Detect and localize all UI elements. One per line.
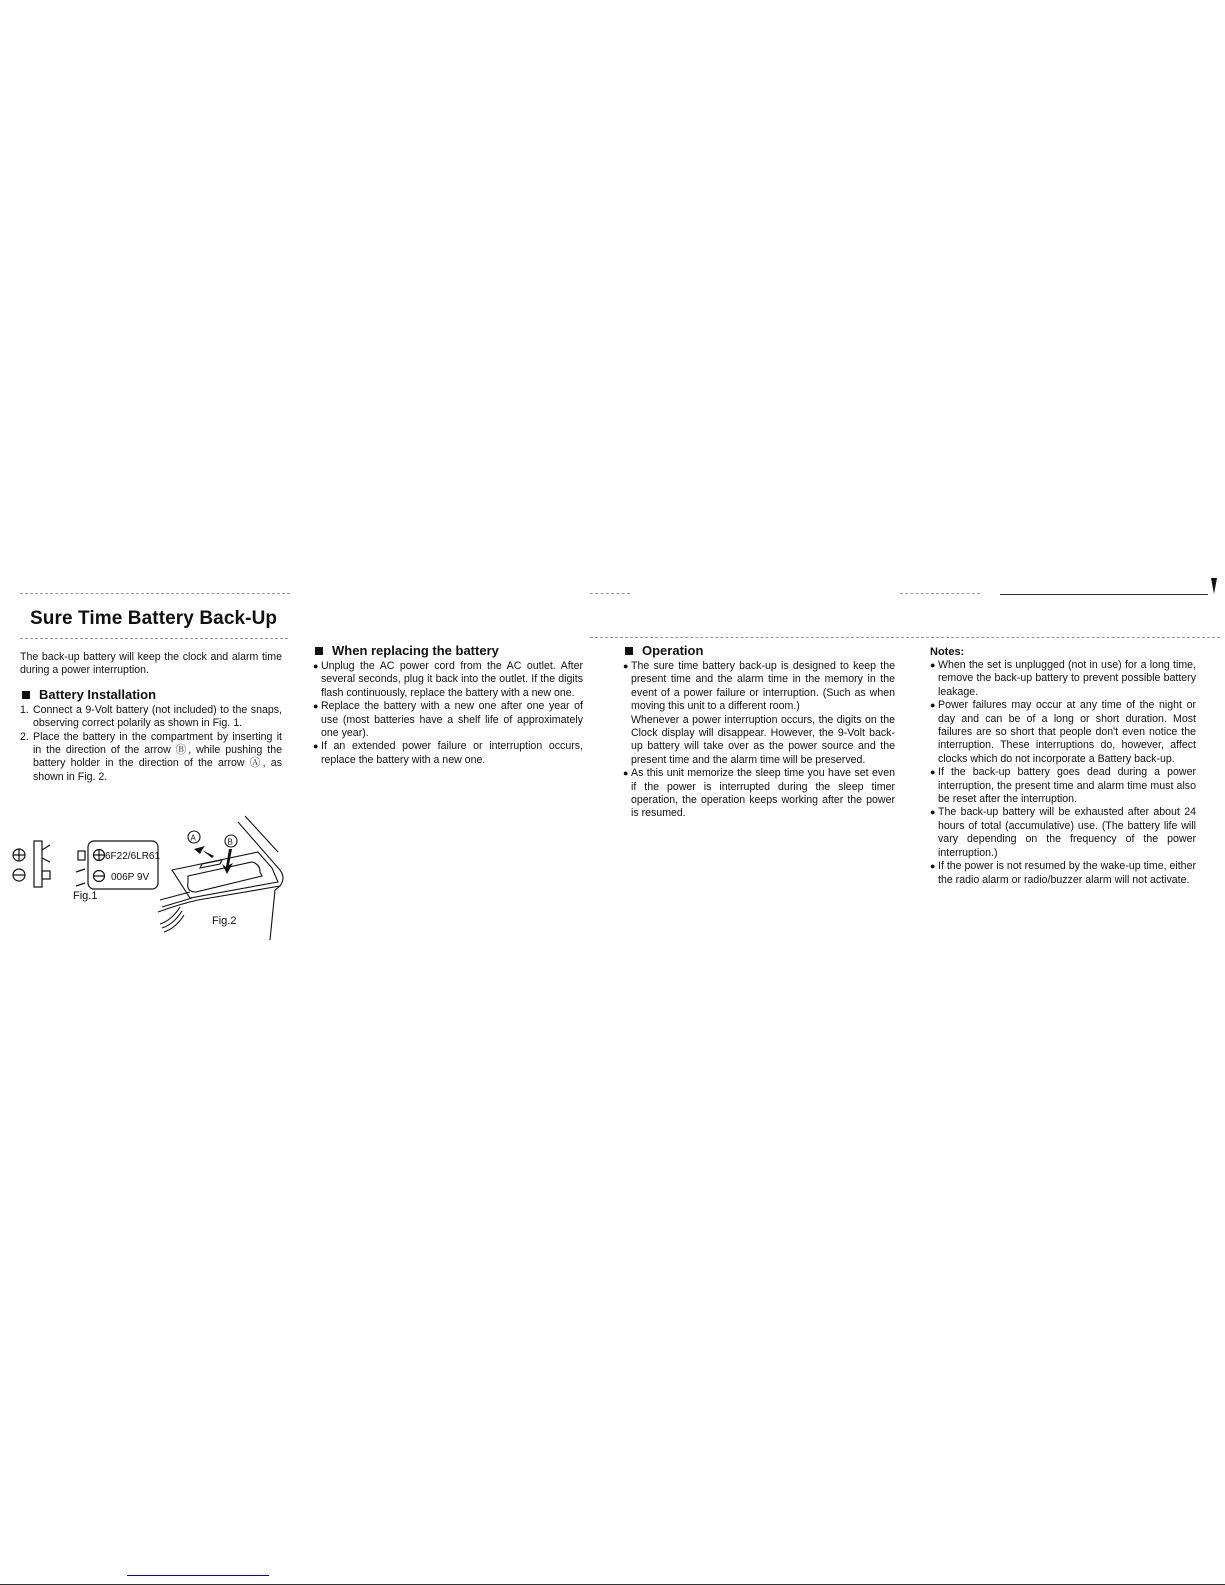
figure-1-battery-snap: 6F22/6LR61 006P 9V Fig.1: [10, 838, 160, 910]
list-item: ● The sure time battery back-up is desig…: [623, 660, 895, 767]
top-rule-mid: [590, 593, 630, 594]
bullet-icon: ●: [930, 860, 938, 887]
figure-1-caption: Fig.1: [73, 890, 97, 902]
column-notes: Notes: ● When the set is unplugged (not …: [930, 645, 1196, 887]
list-item: ● If the back-up battery goes dead durin…: [930, 766, 1196, 806]
section-heading-replacing: When replacing the battery: [313, 643, 583, 659]
list-item: ● Power failures may occur at any time o…: [930, 699, 1196, 766]
bullet-icon: ●: [623, 767, 631, 821]
square-bullet-icon: [315, 647, 323, 655]
figure-2-battery-compartment: A B Fig.2: [150, 812, 310, 947]
bullet-icon: ●: [313, 740, 321, 767]
step-item: 1. Connect a 9-Volt battery (not include…: [20, 704, 282, 731]
list-item: ● Unplug the AC power cord from the AC o…: [313, 660, 583, 700]
blue-underline: [127, 1575, 269, 1576]
bullet-icon: ●: [930, 806, 938, 860]
top-rule-right: [900, 593, 980, 594]
bullet-icon: ●: [313, 660, 321, 700]
step-item: 2. Place the battery in the compartment …: [20, 731, 282, 785]
bullet-icon: ●: [930, 699, 938, 766]
column-replacing-battery: When replacing the battery ● Unplug the …: [313, 643, 583, 767]
column-battery-installation: The back-up battery will keep the clock …: [20, 651, 282, 784]
bullet-icon: ●: [623, 660, 631, 767]
section-heading-battery-installation: Battery Installation: [20, 687, 282, 703]
list-item: ● Replace the battery with a new one aft…: [313, 700, 583, 740]
bullet-icon: ●: [930, 659, 938, 699]
svg-text:A: A: [191, 834, 197, 843]
header-underline-left: [20, 638, 288, 639]
top-rule-left: [20, 593, 290, 594]
square-bullet-icon: [625, 647, 633, 655]
square-bullet-icon: [22, 691, 30, 699]
column-operation: Operation ● The sure time battery back-u…: [623, 643, 895, 821]
bullet-icon: ●: [313, 700, 321, 740]
svg-text:006P 9V: 006P 9V: [111, 872, 150, 883]
figure-2-caption: Fig.2: [212, 915, 236, 927]
corner-mark: [1211, 578, 1217, 594]
list-item: ● When the set is unplugged (not in use)…: [930, 659, 1196, 699]
section-heading-operation: Operation: [623, 643, 895, 659]
notes-heading: Notes:: [930, 645, 1196, 659]
page-title: Sure Time Battery Back-Up: [30, 608, 277, 630]
intro-text: The back-up battery will keep the clock …: [20, 651, 282, 678]
list-item: ● The back-up battery will be exhausted …: [930, 806, 1196, 860]
top-rule-right-solid: [1000, 594, 1208, 595]
header-underline-right: [590, 637, 1220, 638]
bullet-icon: ●: [930, 766, 938, 806]
list-item: ● As this unit memorize the sleep time y…: [623, 767, 895, 821]
svg-text:B: B: [228, 838, 233, 847]
list-item: ● If an extended power failure or interr…: [313, 740, 583, 767]
list-item: ● If the power is not resumed by the wak…: [930, 860, 1196, 887]
